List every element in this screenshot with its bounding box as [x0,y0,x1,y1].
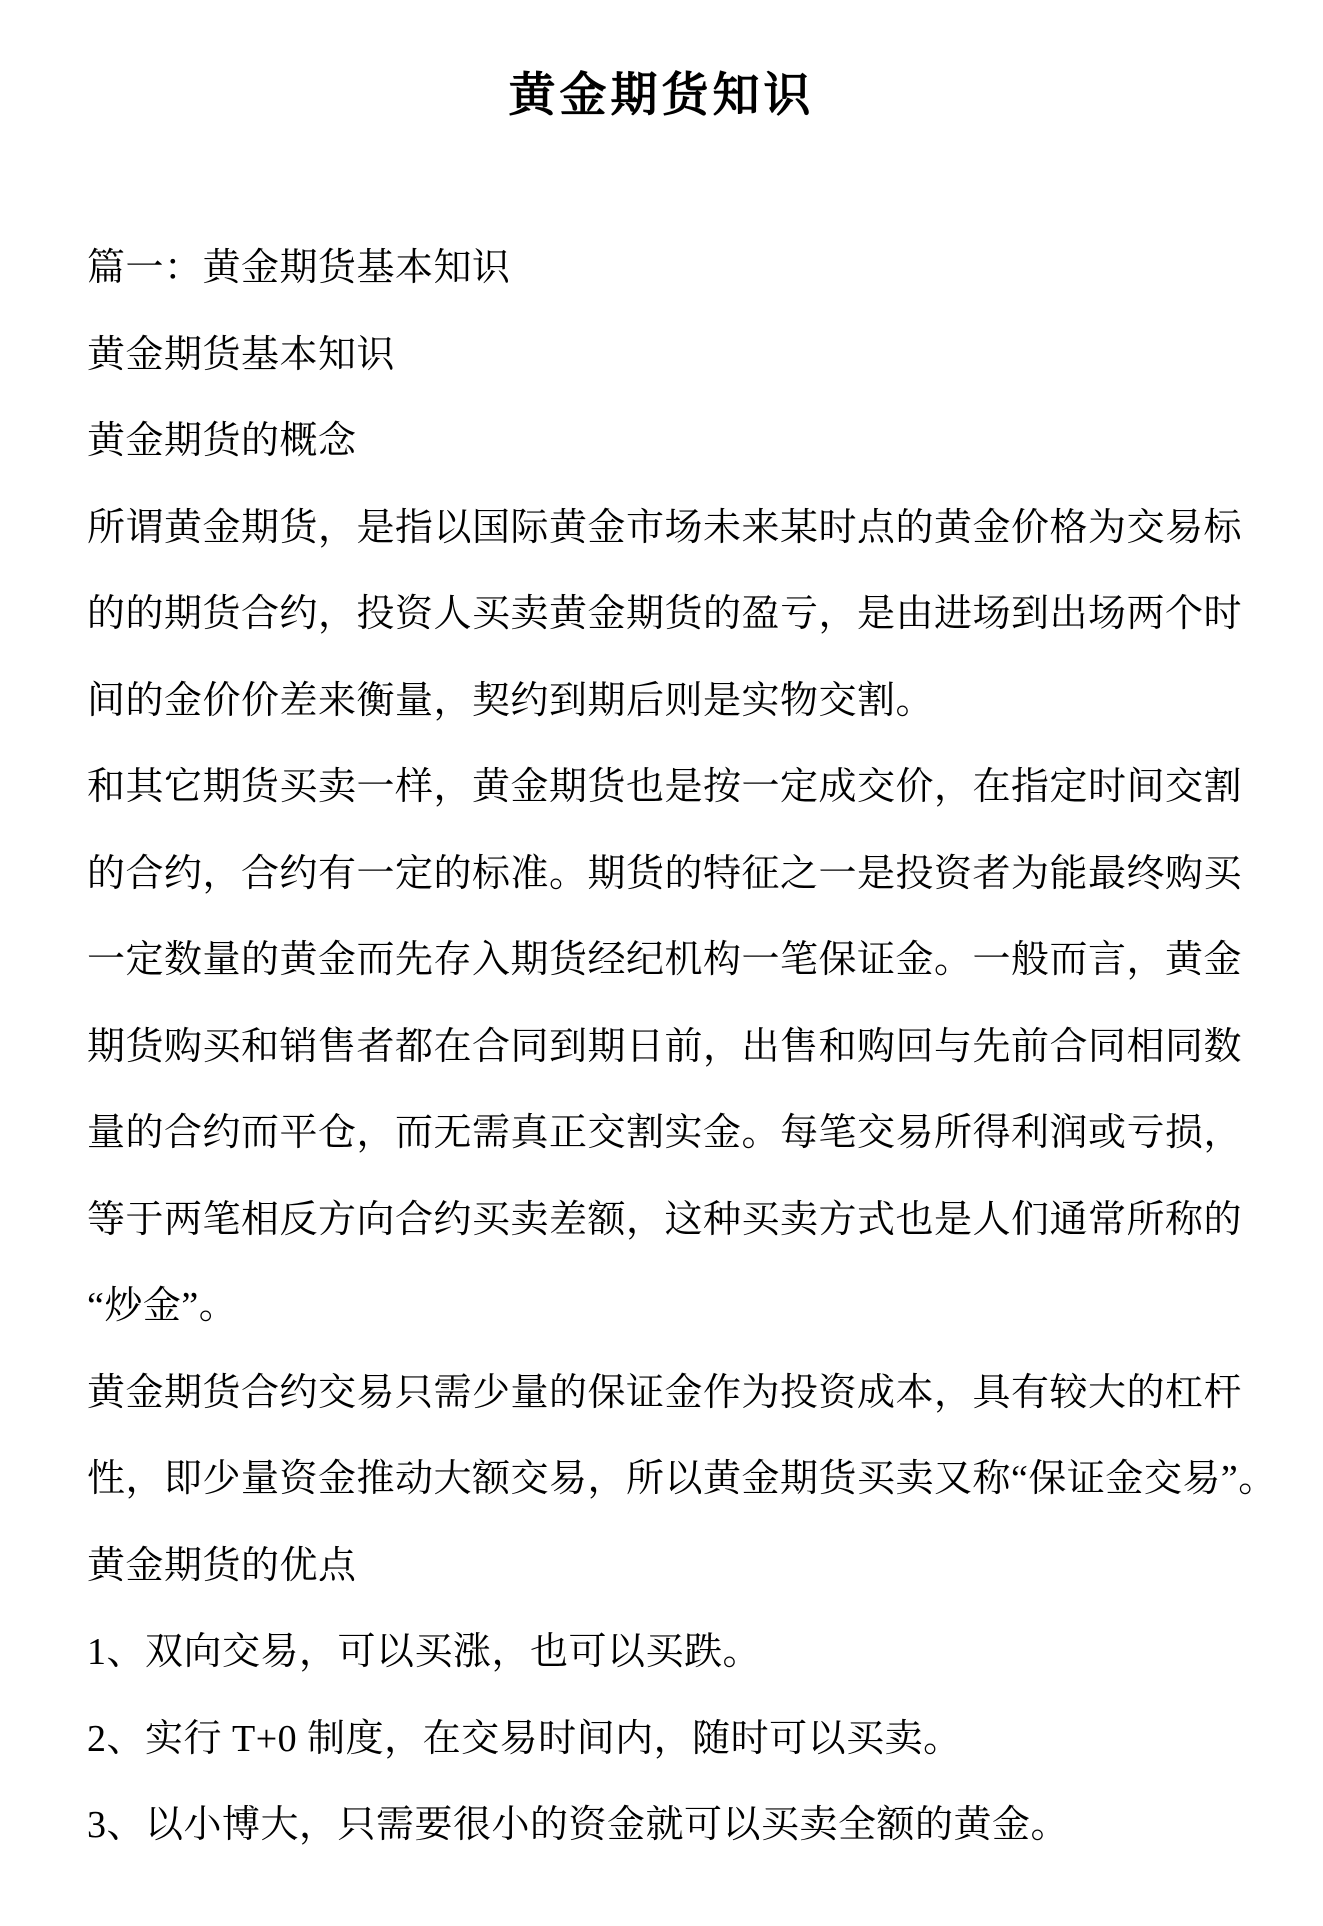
paragraph-line: “炒金”。 [87,1263,1303,1350]
paragraph-line: 性，即少量资金推动大额交易，所以黄金期货买卖又称“保证金交易”。 [87,1436,1303,1523]
document-title: 黄金期货知识 [0,71,1323,121]
paragraph-line: 等于两笔相反方向合约买卖差额，这种买卖方式也是人们通常所称的 [87,1177,1303,1264]
list-item-line: 3、以小博大，只需要很小的资金就可以买卖全额的黄金。 [87,1782,1303,1869]
paragraph-line: 黄金期货的概念 [87,398,1303,485]
paragraph-line: 一定数量的黄金而先存入期货经纪机构一笔保证金。一般而言，黄金 [87,917,1303,1004]
document-page: 黄金期货知识 篇一：黄金期货基本知识 黄金期货基本知识 黄金期货的概念 所谓黄金… [0,0,1323,1926]
paragraph-line: 的合约，合约有一定的标准。期货的特征之一是投资者为能最终购买 [87,831,1303,918]
section-heading-line: 篇一：黄金期货基本知识 [87,225,1303,312]
paragraph-line: 黄金期货合约交易只需少量的保证金作为投资成本，具有较大的杠杆 [87,1350,1303,1437]
paragraph-line: 量的合约而平仓，而无需真正交割实金。每笔交易所得利润或亏损， [87,1090,1303,1177]
list-item-line: 1、双向交易，可以买涨，也可以买跌。 [87,1609,1303,1696]
list-item-line: 2、实行 T+0 制度，在交易时间内，随时可以买卖。 [87,1696,1303,1783]
paragraph-line: 所谓黄金期货，是指以国际黄金市场未来某时点的黄金价格为交易标 [87,485,1303,572]
paragraph-line: 间的金价价差来衡量，契约到期后则是实物交割。 [87,658,1303,745]
document-body: 篇一：黄金期货基本知识 黄金期货基本知识 黄金期货的概念 所谓黄金期货，是指以国… [0,225,1323,1869]
paragraph-line: 黄金期货的优点 [87,1523,1303,1610]
paragraph-line: 黄金期货基本知识 [87,312,1303,399]
paragraph-line: 期货购买和销售者都在合同到期日前，出售和购回与先前合同相同数 [87,1004,1303,1091]
paragraph-line: 的的期货合约，投资人买卖黄金期货的盈亏，是由进场到出场两个时 [87,571,1303,658]
paragraph-line: 和其它期货买卖一样，黄金期货也是按一定成交价，在指定时间交割 [87,744,1303,831]
